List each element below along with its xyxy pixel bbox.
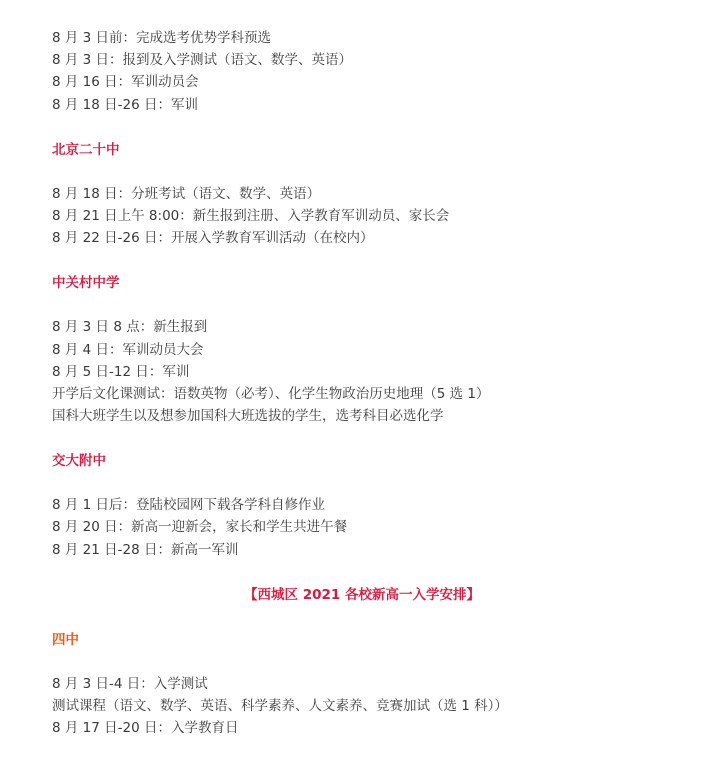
schedule-line: 8 月 18 日：分班考试（语文、数学、英语） — [52, 183, 672, 205]
schedule-line: 国科大班学生以及想参加国科大班选拔的学生，选考科目必选化学 — [52, 405, 672, 427]
spacer — [52, 249, 672, 272]
spacer — [52, 561, 672, 584]
school-heading: 北京二十中 — [52, 139, 672, 161]
schedule-line: 8 月 17 日-20 日：入学教育日 — [52, 717, 672, 739]
schedule-line: 8 月 3 日前：完成选考优势学科预选 — [52, 27, 672, 49]
district-title: 【西城区 2021 各校新高一入学安排】 — [52, 584, 672, 606]
schedule-line: 8 月 4 日：军训动员大会 — [52, 339, 672, 361]
schedule-line: 测试课程（语文、数学、英语、科学素养、人文素养、竞赛加试（选 1 科）） — [52, 695, 672, 717]
school-section-beijing-20: 北京二十中 8 月 18 日：分班考试（语文、数学、英语） 8 月 21 日上午… — [52, 139, 672, 250]
schedule-line: 8 月 22 日-26 日：开展入学教育军训活动（在校内） — [52, 227, 672, 249]
schedule-line: 开学后文化课测试：语数英物（必考）、化学生物政治历史地理（5 选 1） — [52, 383, 672, 405]
document-body: 8 月 3 日前：完成选考优势学科预选 8 月 3 日：报到及入学测试（语文、数… — [52, 27, 672, 739]
school-section-jiaoda-fuzhong: 交大附中 8 月 1 日后：登陆校园网下载各学科自修作业 8 月 20 日：新高… — [52, 450, 672, 561]
intro-schedule: 8 月 3 日前：完成选考优势学科预选 8 月 3 日：报到及入学测试（语文、数… — [52, 27, 672, 116]
schedule-line: 8 月 5 日-12 日：军训 — [52, 361, 672, 383]
spacer — [52, 472, 672, 494]
school-heading: 中关村中学 — [52, 272, 672, 294]
spacer — [52, 294, 672, 316]
school-heading: 交大附中 — [52, 450, 672, 472]
schedule-line: 8 月 18 日-26 日：军训 — [52, 94, 672, 116]
spacer — [52, 427, 672, 450]
schedule-line: 8 月 21 日上午 8:00：新生报到注册、入学教育军训动员、家长会 — [52, 205, 672, 227]
spacer — [52, 116, 672, 139]
schedule-line: 8 月 3 日-4 日：入学测试 — [52, 673, 672, 695]
school-section-sizhong: 四中 8 月 3 日-4 日：入学测试 测试课程（语文、数学、英语、科学素养、人… — [52, 629, 672, 740]
schedule-line: 8 月 3 日 8 点：新生报到 — [52, 316, 672, 338]
school-section-zhongguancun: 中关村中学 8 月 3 日 8 点：新生报到 8 月 4 日：军训动员大会 8 … — [52, 272, 672, 427]
schedule-line: 8 月 20 日：新高一迎新会，家长和学生共进午餐 — [52, 516, 672, 538]
schedule-line: 8 月 21 日-28 日：新高一军训 — [52, 539, 672, 561]
schedule-line: 8 月 16 日：军训动员会 — [52, 71, 672, 93]
spacer — [52, 161, 672, 183]
school-heading: 四中 — [52, 629, 672, 651]
spacer — [52, 606, 672, 629]
schedule-line: 8 月 1 日后：登陆校园网下载各学科自修作业 — [52, 494, 672, 516]
schedule-line: 8 月 3 日：报到及入学测试（语文、数学、英语） — [52, 49, 672, 71]
spacer — [52, 651, 672, 673]
